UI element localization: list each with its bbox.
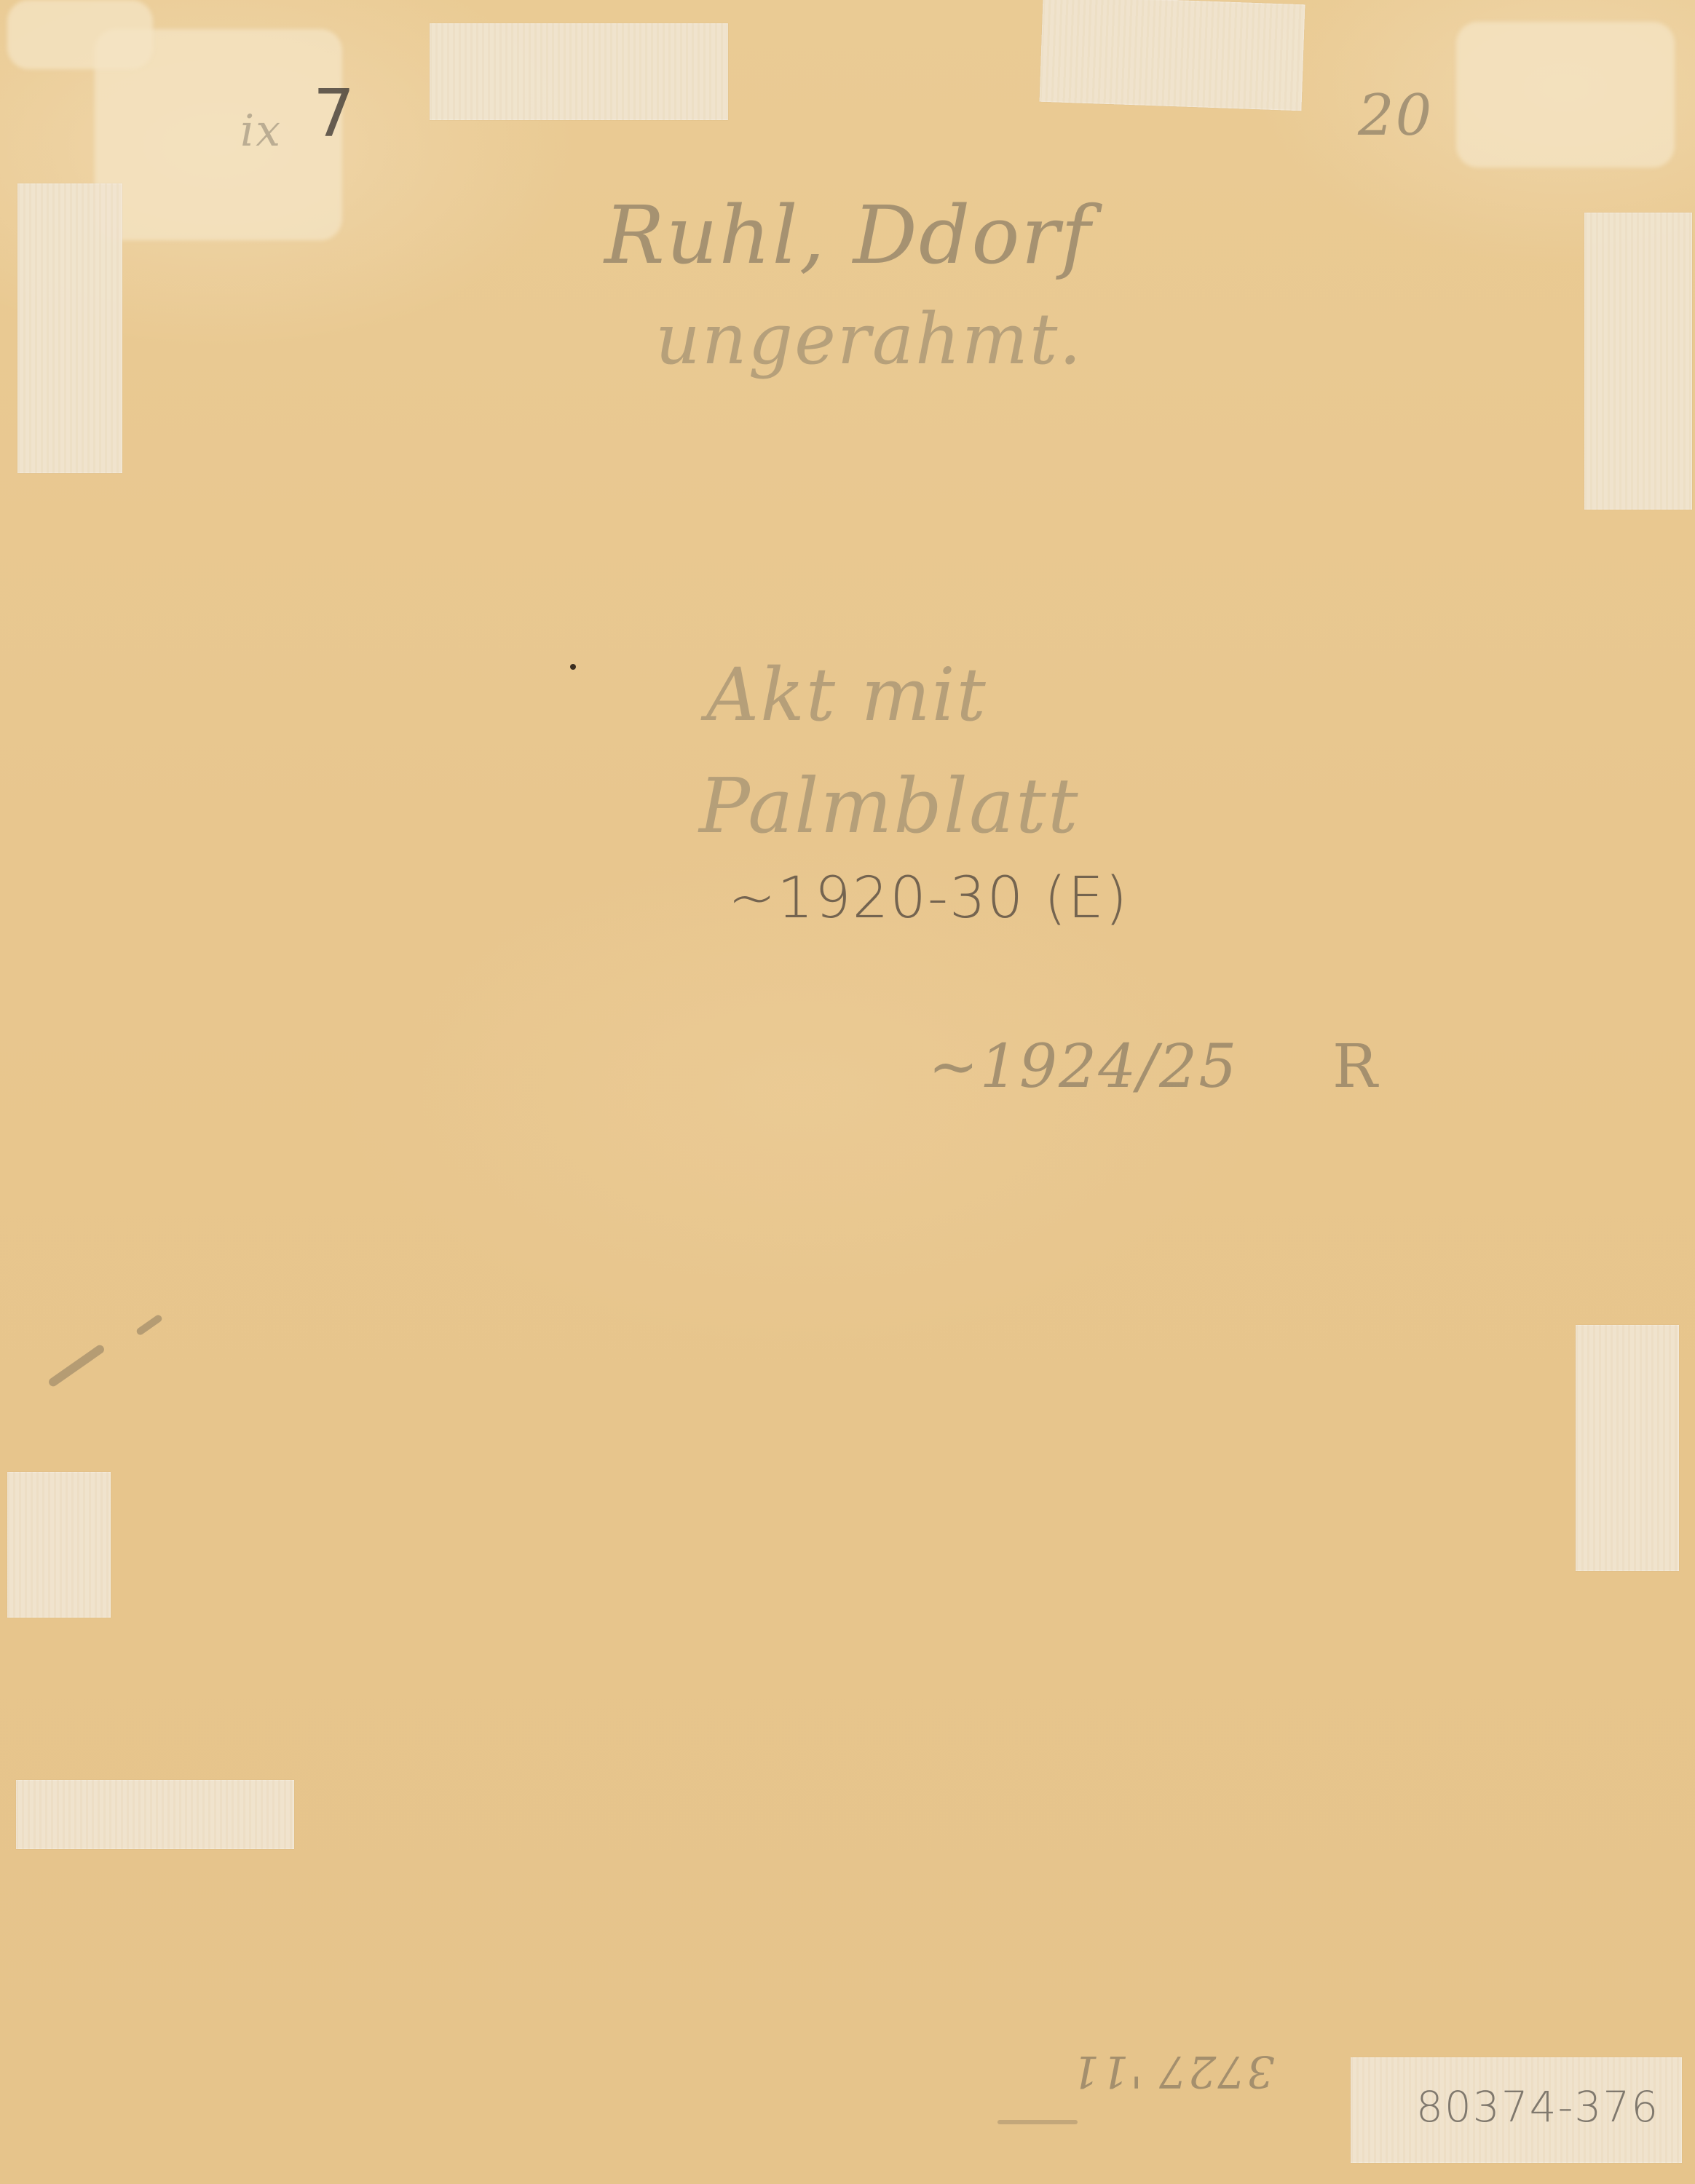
- top-right-number: 20: [1358, 87, 1433, 144]
- date-estimate-2: ~1924/25: [928, 1037, 1238, 1097]
- artist-location-inscription: Ruhl, Ddorf: [604, 195, 1092, 275]
- artwork-verso-sheet: ix 7 20 Ruhl, Ddorf ungerahmt. Akt mit P…: [0, 0, 1695, 2184]
- faint-stamp-mark: [997, 2120, 1078, 2124]
- ink-dot: [570, 664, 576, 670]
- tape-left-lower: [7, 1472, 111, 1618]
- title-line-1: Akt mit: [706, 659, 987, 732]
- tape-left-upper: [17, 183, 122, 473]
- inventory-number: 80374-376: [1416, 2086, 1659, 2128]
- pencil-smudge-2: [135, 1313, 164, 1336]
- date-estimate-1: ~1920-30 (E): [728, 870, 1129, 927]
- top-left-mark: 7: [313, 82, 356, 147]
- title-line-2: Palmblatt: [699, 768, 1080, 844]
- tape-residue-top-right: [1456, 22, 1675, 167]
- pencil-smudge: [47, 1343, 106, 1388]
- top-left-faint-mark: ix: [240, 109, 282, 153]
- tape-top-right: [1040, 0, 1305, 111]
- date-initial: R: [1332, 1037, 1379, 1097]
- tape-residue-top-left-2: [7, 0, 153, 69]
- tape-right-lower: [1576, 1325, 1679, 1571]
- tape-top-left: [430, 23, 728, 120]
- tape-right-upper: [1584, 213, 1692, 510]
- tape-bottom-left: [16, 1780, 294, 1849]
- bottom-inverted-number: 3727 '11: [1070, 2049, 1275, 2093]
- frame-status-inscription: ungerahmt.: [655, 304, 1083, 374]
